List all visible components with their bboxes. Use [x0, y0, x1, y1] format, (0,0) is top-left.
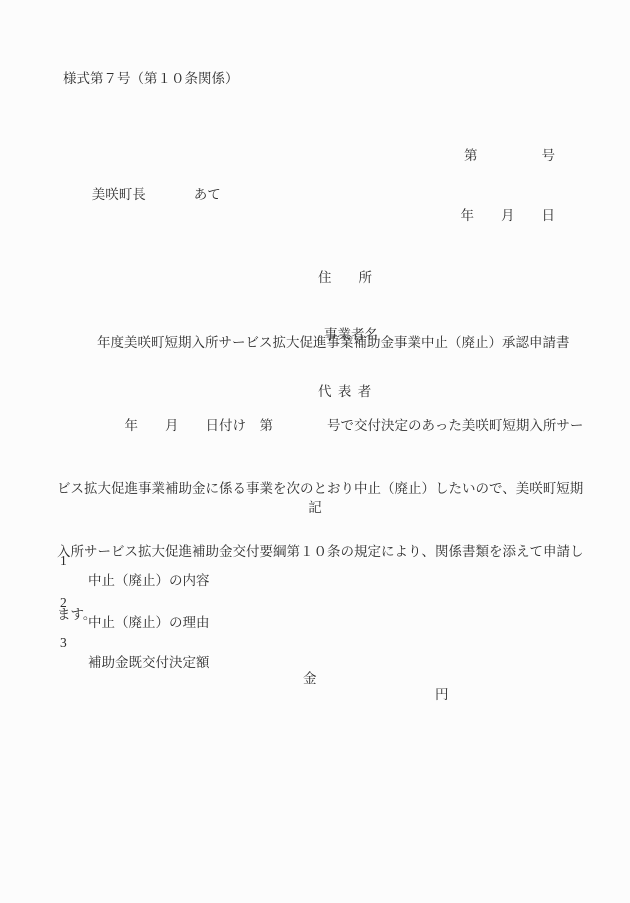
list-item-3: 3 補助金既交付決定額 金 円 [0, 619, 630, 637]
addressee-line: 美咲町長あて [85, 167, 221, 203]
list-item-2: 2 中止（廃止）の理由 [0, 579, 630, 597]
applicant-address-label: 住 所 [318, 268, 378, 287]
document-number-date-block: 第号 年 月 日 [461, 106, 556, 246]
document-page: { "document": { "form_number": "様式第７号（第１… [0, 0, 630, 903]
item-2-number: 2 [60, 595, 67, 611]
body-line-1: 年 月 日付け 第 号で交付決定のあった美咲町短期入所サー [57, 415, 597, 436]
list-item-1: 1 中止（廃止）の内容 [0, 537, 630, 555]
list-header-ki: 記 [0, 496, 630, 516]
addressee-suffix: あて [194, 187, 221, 202]
form-number-label: 様式第７号（第１０条関係） [63, 67, 239, 87]
document-number-line: 第号 [461, 146, 556, 166]
item-3-label: 補助金既交付決定額 [88, 651, 210, 671]
document-title: 年度美咲町短期入所サービス拡大促進事業補助金事業中止（廃止）承認申請書 [97, 331, 570, 351]
amount-prefix-label: 金 [303, 667, 317, 687]
amount-suffix-label: 円 [435, 683, 449, 703]
document-number-suffix: 号 [542, 148, 556, 163]
document-number-prefix: 第 [464, 148, 478, 163]
item-3-number: 3 [60, 635, 67, 651]
date-line: 年 月 日 [461, 206, 556, 226]
addressee-name: 美咲町長 [92, 187, 146, 202]
item-1-number: 1 [60, 553, 67, 569]
